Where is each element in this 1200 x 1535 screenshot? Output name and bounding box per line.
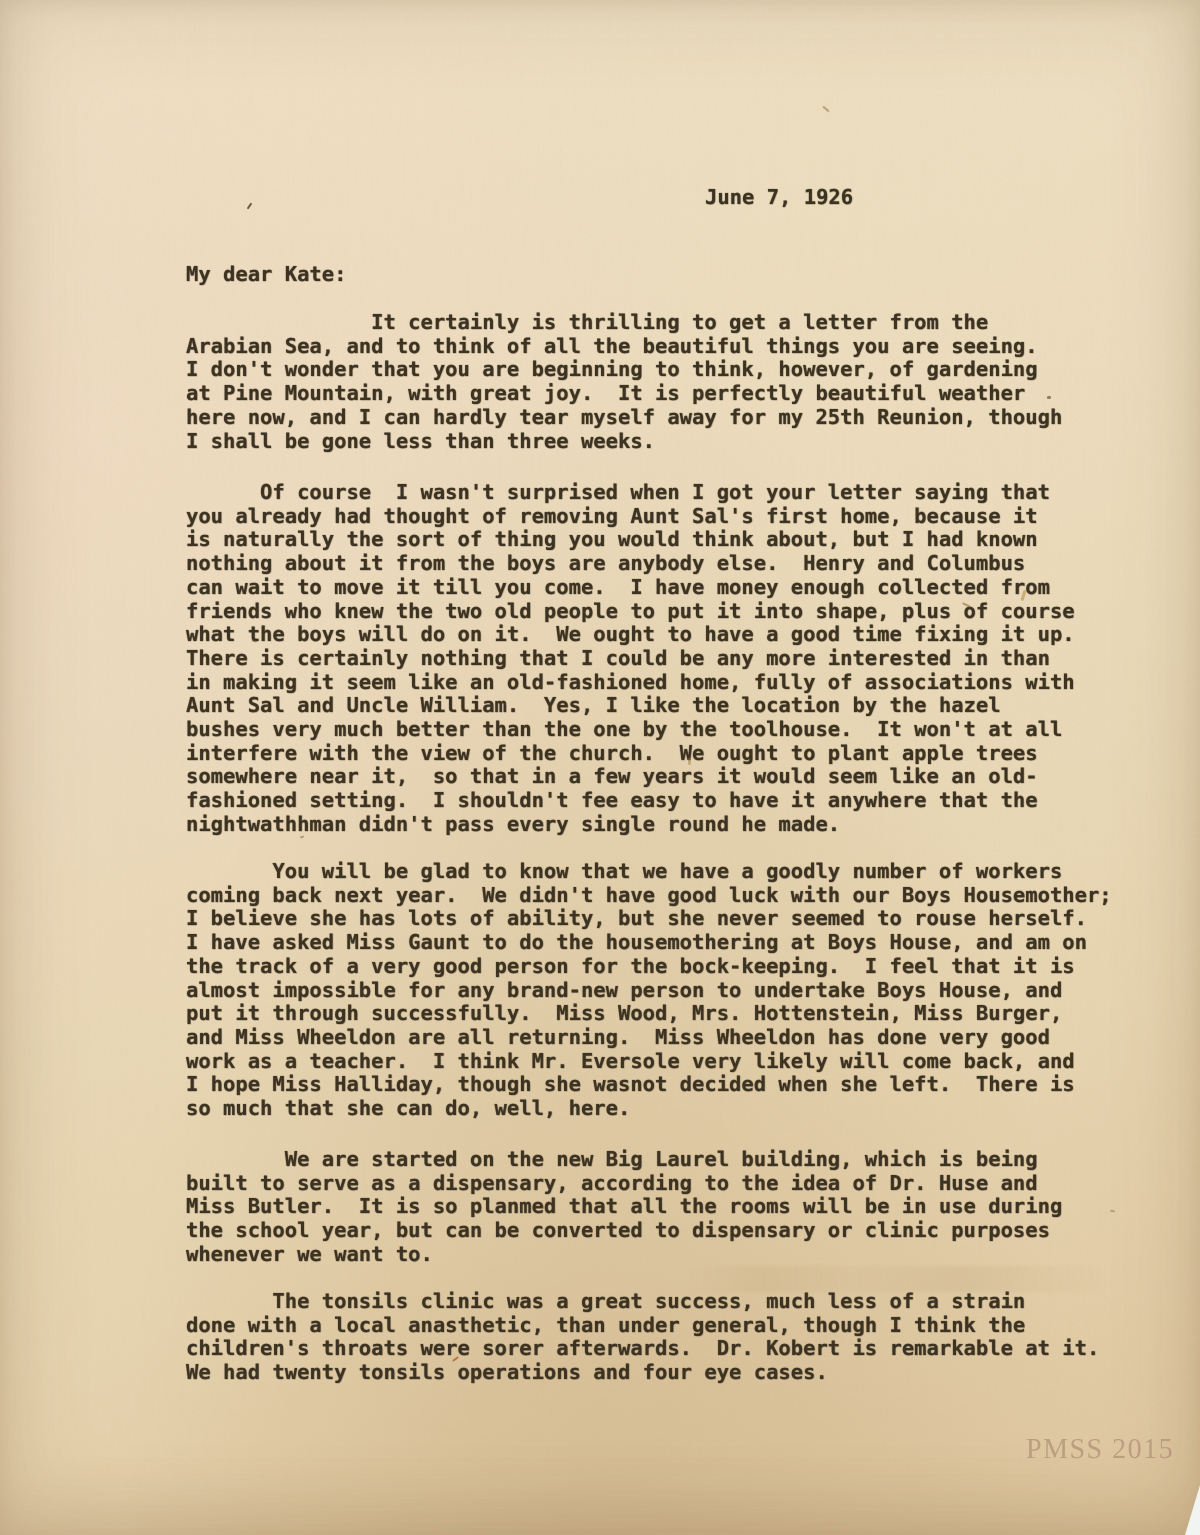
letter-page: June 7, 1926 My dear Kate: It certainly … bbox=[0, 0, 1200, 1535]
letter-date: June 7, 1926 bbox=[705, 186, 853, 210]
letter-paragraph-3: You will be glad to know that we have a … bbox=[186, 860, 1112, 1121]
letter-paragraph-2: Of course I wasn't surprised when I got … bbox=[186, 481, 1075, 837]
paper-fiber-speck bbox=[1110, 1210, 1115, 1213]
pmss-watermark: PMSS 2015 bbox=[1026, 1434, 1174, 1466]
letter-paragraph-1: It certainly is thrilling to get a lette… bbox=[186, 311, 1062, 453]
corner-tear bbox=[1185, 1485, 1200, 1535]
paper-fiber-speck bbox=[247, 203, 253, 210]
letter-paragraph-5: The tonsils clinic was a great success, … bbox=[186, 1290, 1099, 1385]
letter-paragraph-4: We are started on the new Big Laurel bui… bbox=[186, 1148, 1062, 1267]
letter-salutation: My dear Kate: bbox=[186, 263, 346, 287]
paper-fiber-speck bbox=[822, 106, 829, 113]
